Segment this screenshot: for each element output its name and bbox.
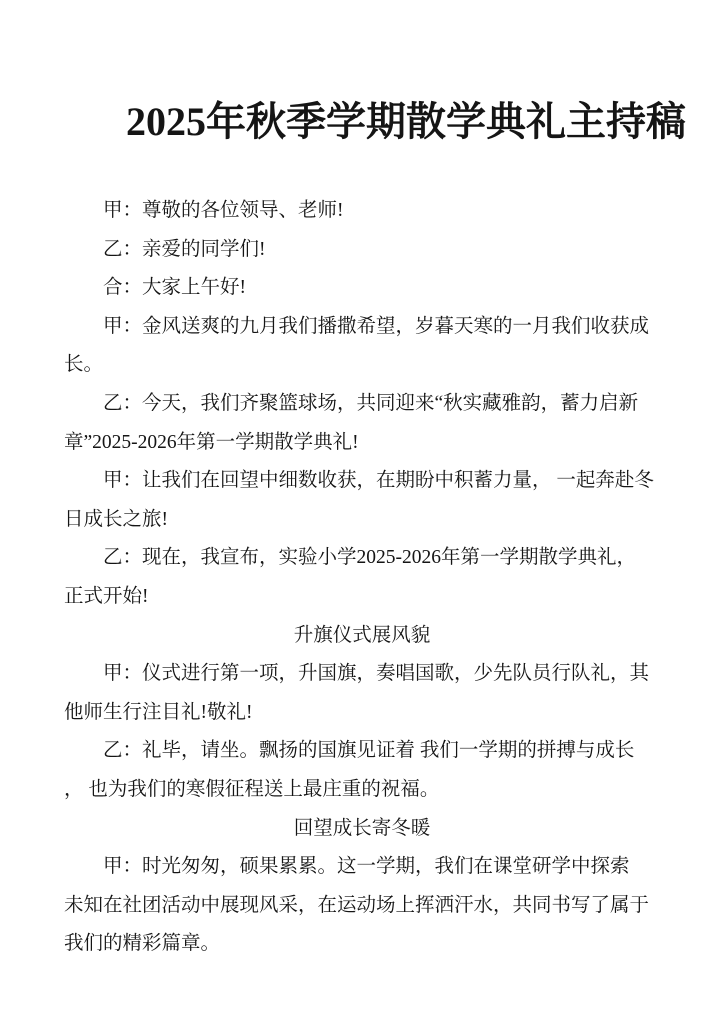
dialogue-paragraph: 甲：仪式进行第一项，升国旗，奏唱国歌，少先队员行队礼，其 他师生行注目礼!敬礼! (64, 655, 660, 732)
section-heading: 升旗仪式展风貌 (64, 617, 660, 656)
dialogue-paragraph: 乙：亲爱的同学们! (64, 231, 660, 270)
dialogue-paragraph: 甲：时光匆匆，硕果累累。这一学期，我们在课堂研学中探索 未知在社团活动中展现风采… (64, 848, 660, 964)
document-title: 2025年秋季学期散学典礼主持稿 (64, 101, 660, 143)
dialogue-paragraph: 甲：让我们在回望中细数收获，在期盼中积蓄力量， 一起奔赴冬 日成长之旅! (64, 462, 660, 539)
dialogue-paragraph: 乙：礼毕，请坐。飘扬的国旗见证着 我们一学期的拼搏与成长 ， 也为我们的寒假征程… (64, 732, 660, 809)
section-heading: 回望成长寄冬暖 (64, 810, 660, 849)
dialogue-paragraph: 合：大家上午好! (64, 269, 660, 308)
dialogue-paragraph: 乙：现在，我宣布，实验小学2025-2026年第一学期散学典礼， 正式开始! (64, 539, 660, 616)
dialogue-paragraph: 甲：金风送爽的九月我们播撒希望，岁暮天寒的一月我们收获成 长。 (64, 308, 660, 385)
dialogue-paragraph: 甲：尊敬的各位领导、老师! (64, 192, 660, 231)
document-page: 2025年秋季学期散学典礼主持稿 甲：尊敬的各位领导、老师!乙：亲爱的同学们!合… (0, 0, 724, 1024)
document-body: 甲：尊敬的各位领导、老师!乙：亲爱的同学们!合：大家上午好!甲：金风送爽的九月我… (64, 192, 660, 964)
dialogue-paragraph: 乙：今天，我们齐聚篮球场，共同迎来“秋实藏雅韵，蓄力启新 章”2025-2026… (64, 385, 660, 462)
